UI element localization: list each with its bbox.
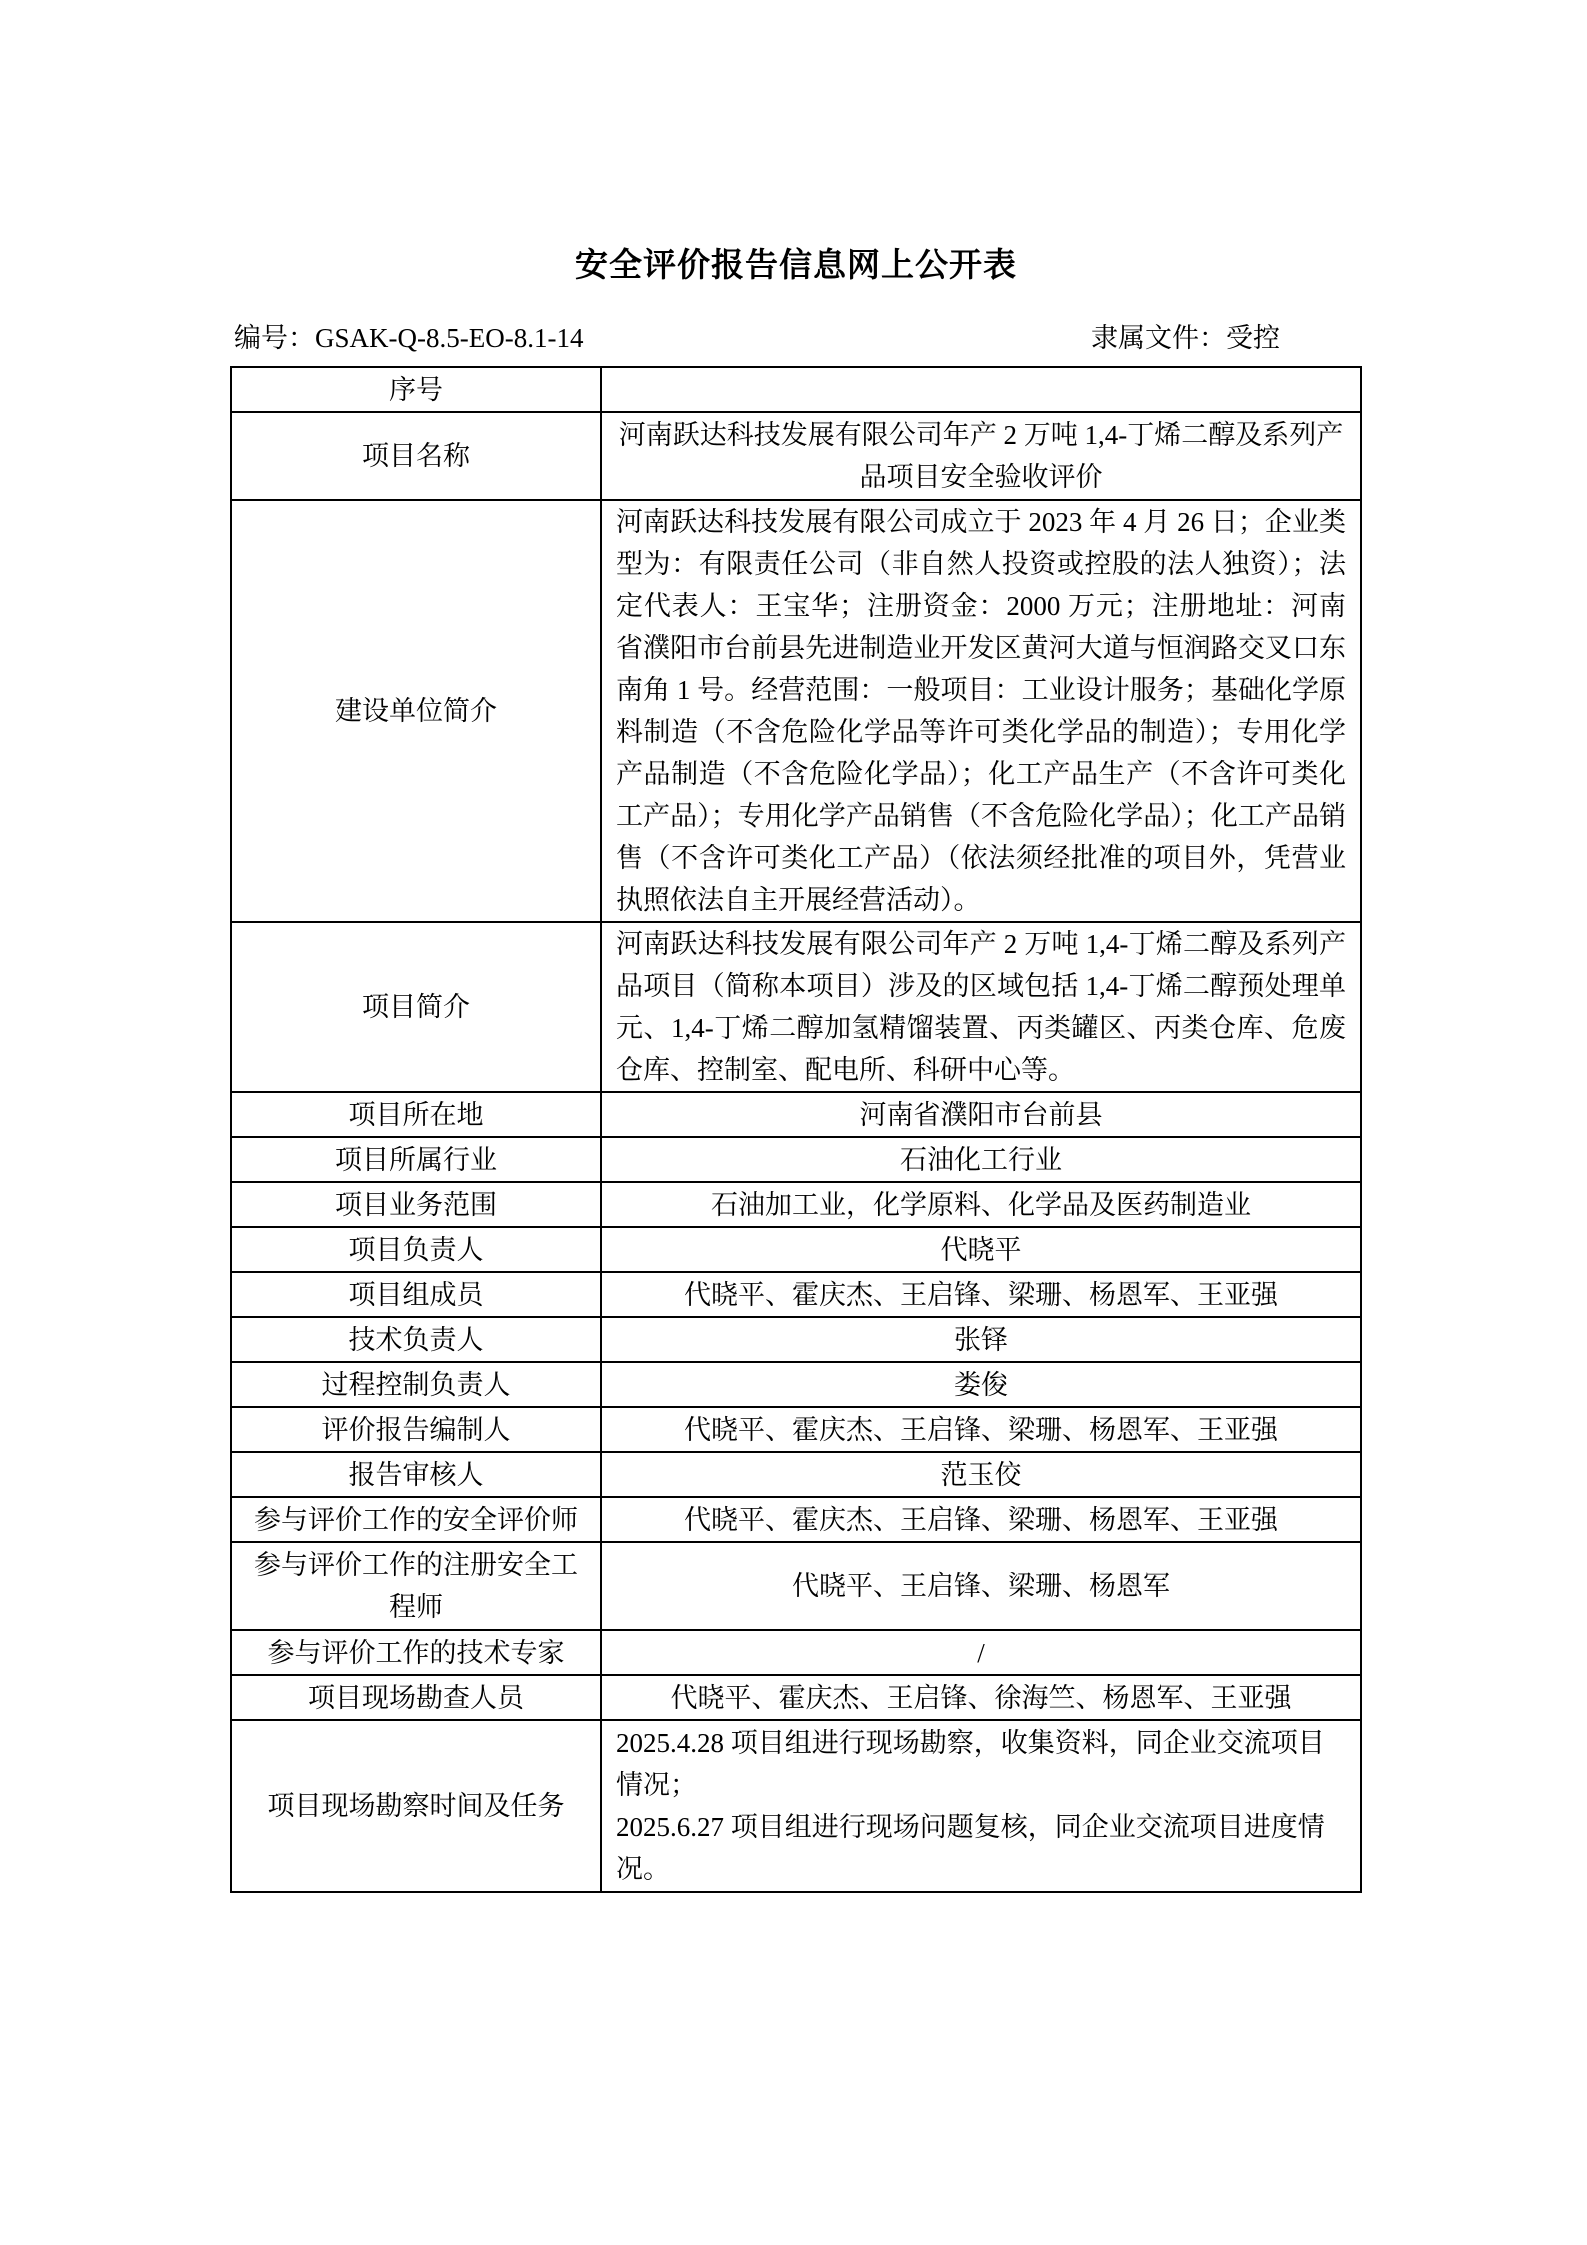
row-value: 河南跃达科技发展有限公司年产 2 万吨 1,4-丁烯二醇及系列产品项目安全验收评…	[601, 412, 1361, 500]
row-value: 石油加工业，化学原料、化学品及医药制造业	[601, 1182, 1361, 1227]
table-row-registered-safety-engineers: 参与评价工作的注册安全工程师 代晓平、王启锋、梁珊、杨恩军	[231, 1542, 1361, 1630]
row-value: 代晓平、霍庆杰、王启锋、梁珊、杨恩军、王亚强	[601, 1497, 1361, 1542]
row-value: 代晓平、霍庆杰、王启锋、徐海竺、杨恩军、王亚强	[601, 1675, 1361, 1720]
table-row-serial: 序号	[231, 367, 1361, 412]
row-value: 范玉佼	[601, 1452, 1361, 1497]
row-label: 技术负责人	[231, 1317, 601, 1362]
row-label: 项目业务范围	[231, 1182, 601, 1227]
table-row-business-scope: 项目业务范围 石油加工业，化学原料、化学品及医药制造业	[231, 1182, 1361, 1227]
row-label: 建设单位简介	[231, 500, 601, 922]
table-row-project-profile: 项目简介 河南跃达科技发展有限公司年产 2 万吨 1,4-丁烯二醇及系列产品项目…	[231, 922, 1361, 1092]
row-label: 项目名称	[231, 412, 601, 500]
doc-code-label: 编号：	[234, 323, 315, 353]
survey-task-line-2: 2025.6.27 项目组进行现场问题复核，同企业交流项目进度情况。	[616, 1806, 1346, 1890]
survey-task-line-1: 2025.4.28 项目组进行现场勘察，收集资料，同企业交流项目情况；	[616, 1722, 1346, 1806]
table-row-survey-time-tasks: 项目现场勘察时间及任务 2025.4.28 项目组进行现场勘察，收集资料，同企业…	[231, 1720, 1361, 1892]
row-label: 参与评价工作的注册安全工程师	[231, 1542, 601, 1630]
row-value: 2025.4.28 项目组进行现场勘察，收集资料，同企业交流项目情况； 2025…	[601, 1720, 1361, 1892]
doc-meta-row: 编号：GSAK-Q-8.5-EO-8.1-14 隶属文件：受控	[230, 322, 1362, 354]
row-label: 项目所属行业	[231, 1137, 601, 1182]
row-value: 娄俊	[601, 1362, 1361, 1407]
doc-code: 编号：GSAK-Q-8.5-EO-8.1-14	[234, 322, 583, 354]
doc-code-value: GSAK-Q-8.5-EO-8.1-14	[315, 323, 583, 353]
doc-file-status-value: 受控	[1226, 323, 1280, 353]
table-row-location: 项目所在地 河南省濮阳市台前县	[231, 1092, 1361, 1137]
row-label: 项目组成员	[231, 1272, 601, 1317]
row-value: 石油化工行业	[601, 1137, 1361, 1182]
row-label: 项目所在地	[231, 1092, 601, 1137]
row-value: 河南跃达科技发展有限公司年产 2 万吨 1,4-丁烯二醇及系列产品项目（简称本项…	[601, 922, 1361, 1092]
doc-file-status: 隶属文件：受控	[1091, 322, 1280, 354]
table-row-industry: 项目所属行业 石油化工行业	[231, 1137, 1361, 1182]
row-label: 项目简介	[231, 922, 601, 1092]
row-label: 过程控制负责人	[231, 1362, 601, 1407]
row-label: 报告审核人	[231, 1452, 601, 1497]
doc-file-status-label: 隶属文件：	[1091, 323, 1226, 353]
row-value: /	[601, 1630, 1361, 1675]
row-label: 项目负责人	[231, 1227, 601, 1272]
table-row-technical-experts: 参与评价工作的技术专家 /	[231, 1630, 1361, 1675]
row-label: 项目现场勘查人员	[231, 1675, 601, 1720]
row-value: 代晓平、霍庆杰、王启锋、梁珊、杨恩军、王亚强	[601, 1272, 1361, 1317]
table-row-report-reviewer: 报告审核人 范玉佼	[231, 1452, 1361, 1497]
row-label: 项目现场勘察时间及任务	[231, 1720, 601, 1892]
row-label: 参与评价工作的技术专家	[231, 1630, 601, 1675]
row-value: 河南跃达科技发展有限公司成立于 2023 年 4 月 26 日；企业类型为：有限…	[601, 500, 1361, 922]
row-value: 代晓平、霍庆杰、王启锋、梁珊、杨恩军、王亚强	[601, 1407, 1361, 1452]
table-row-project-name: 项目名称 河南跃达科技发展有限公司年产 2 万吨 1,4-丁烯二醇及系列产品项目…	[231, 412, 1361, 500]
table-row-process-control-leader: 过程控制负责人 娄俊	[231, 1362, 1361, 1407]
info-table: 序号 项目名称 河南跃达科技发展有限公司年产 2 万吨 1,4-丁烯二醇及系列产…	[230, 366, 1362, 1893]
table-row-project-leader: 项目负责人 代晓平	[231, 1227, 1361, 1272]
row-value: 河南省濮阳市台前县	[601, 1092, 1361, 1137]
table-row-technical-leader: 技术负责人 张铎	[231, 1317, 1361, 1362]
document-page: 安全评价报告信息网上公开表 编号：GSAK-Q-8.5-EO-8.1-14 隶属…	[0, 0, 1587, 2245]
table-row-safety-assessors: 参与评价工作的安全评价师 代晓平、霍庆杰、王启锋、梁珊、杨恩军、王亚强	[231, 1497, 1361, 1542]
row-value: 张铎	[601, 1317, 1361, 1362]
row-value	[601, 367, 1361, 412]
row-value: 代晓平、王启锋、梁珊、杨恩军	[601, 1542, 1361, 1630]
row-label: 评价报告编制人	[231, 1407, 601, 1452]
row-label: 参与评价工作的安全评价师	[231, 1497, 601, 1542]
document-content: 安全评价报告信息网上公开表 编号：GSAK-Q-8.5-EO-8.1-14 隶属…	[230, 0, 1362, 1893]
row-value: 代晓平	[601, 1227, 1361, 1272]
table-row-site-survey-personnel: 项目现场勘查人员 代晓平、霍庆杰、王启锋、徐海竺、杨恩军、王亚强	[231, 1675, 1361, 1720]
table-row-project-members: 项目组成员 代晓平、霍庆杰、王启锋、梁珊、杨恩军、王亚强	[231, 1272, 1361, 1317]
row-label: 序号	[231, 367, 601, 412]
page-title: 安全评价报告信息网上公开表	[230, 0, 1362, 288]
table-row-company-profile: 建设单位简介 河南跃达科技发展有限公司成立于 2023 年 4 月 26 日；企…	[231, 500, 1361, 922]
table-row-report-compilers: 评价报告编制人 代晓平、霍庆杰、王启锋、梁珊、杨恩军、王亚强	[231, 1407, 1361, 1452]
